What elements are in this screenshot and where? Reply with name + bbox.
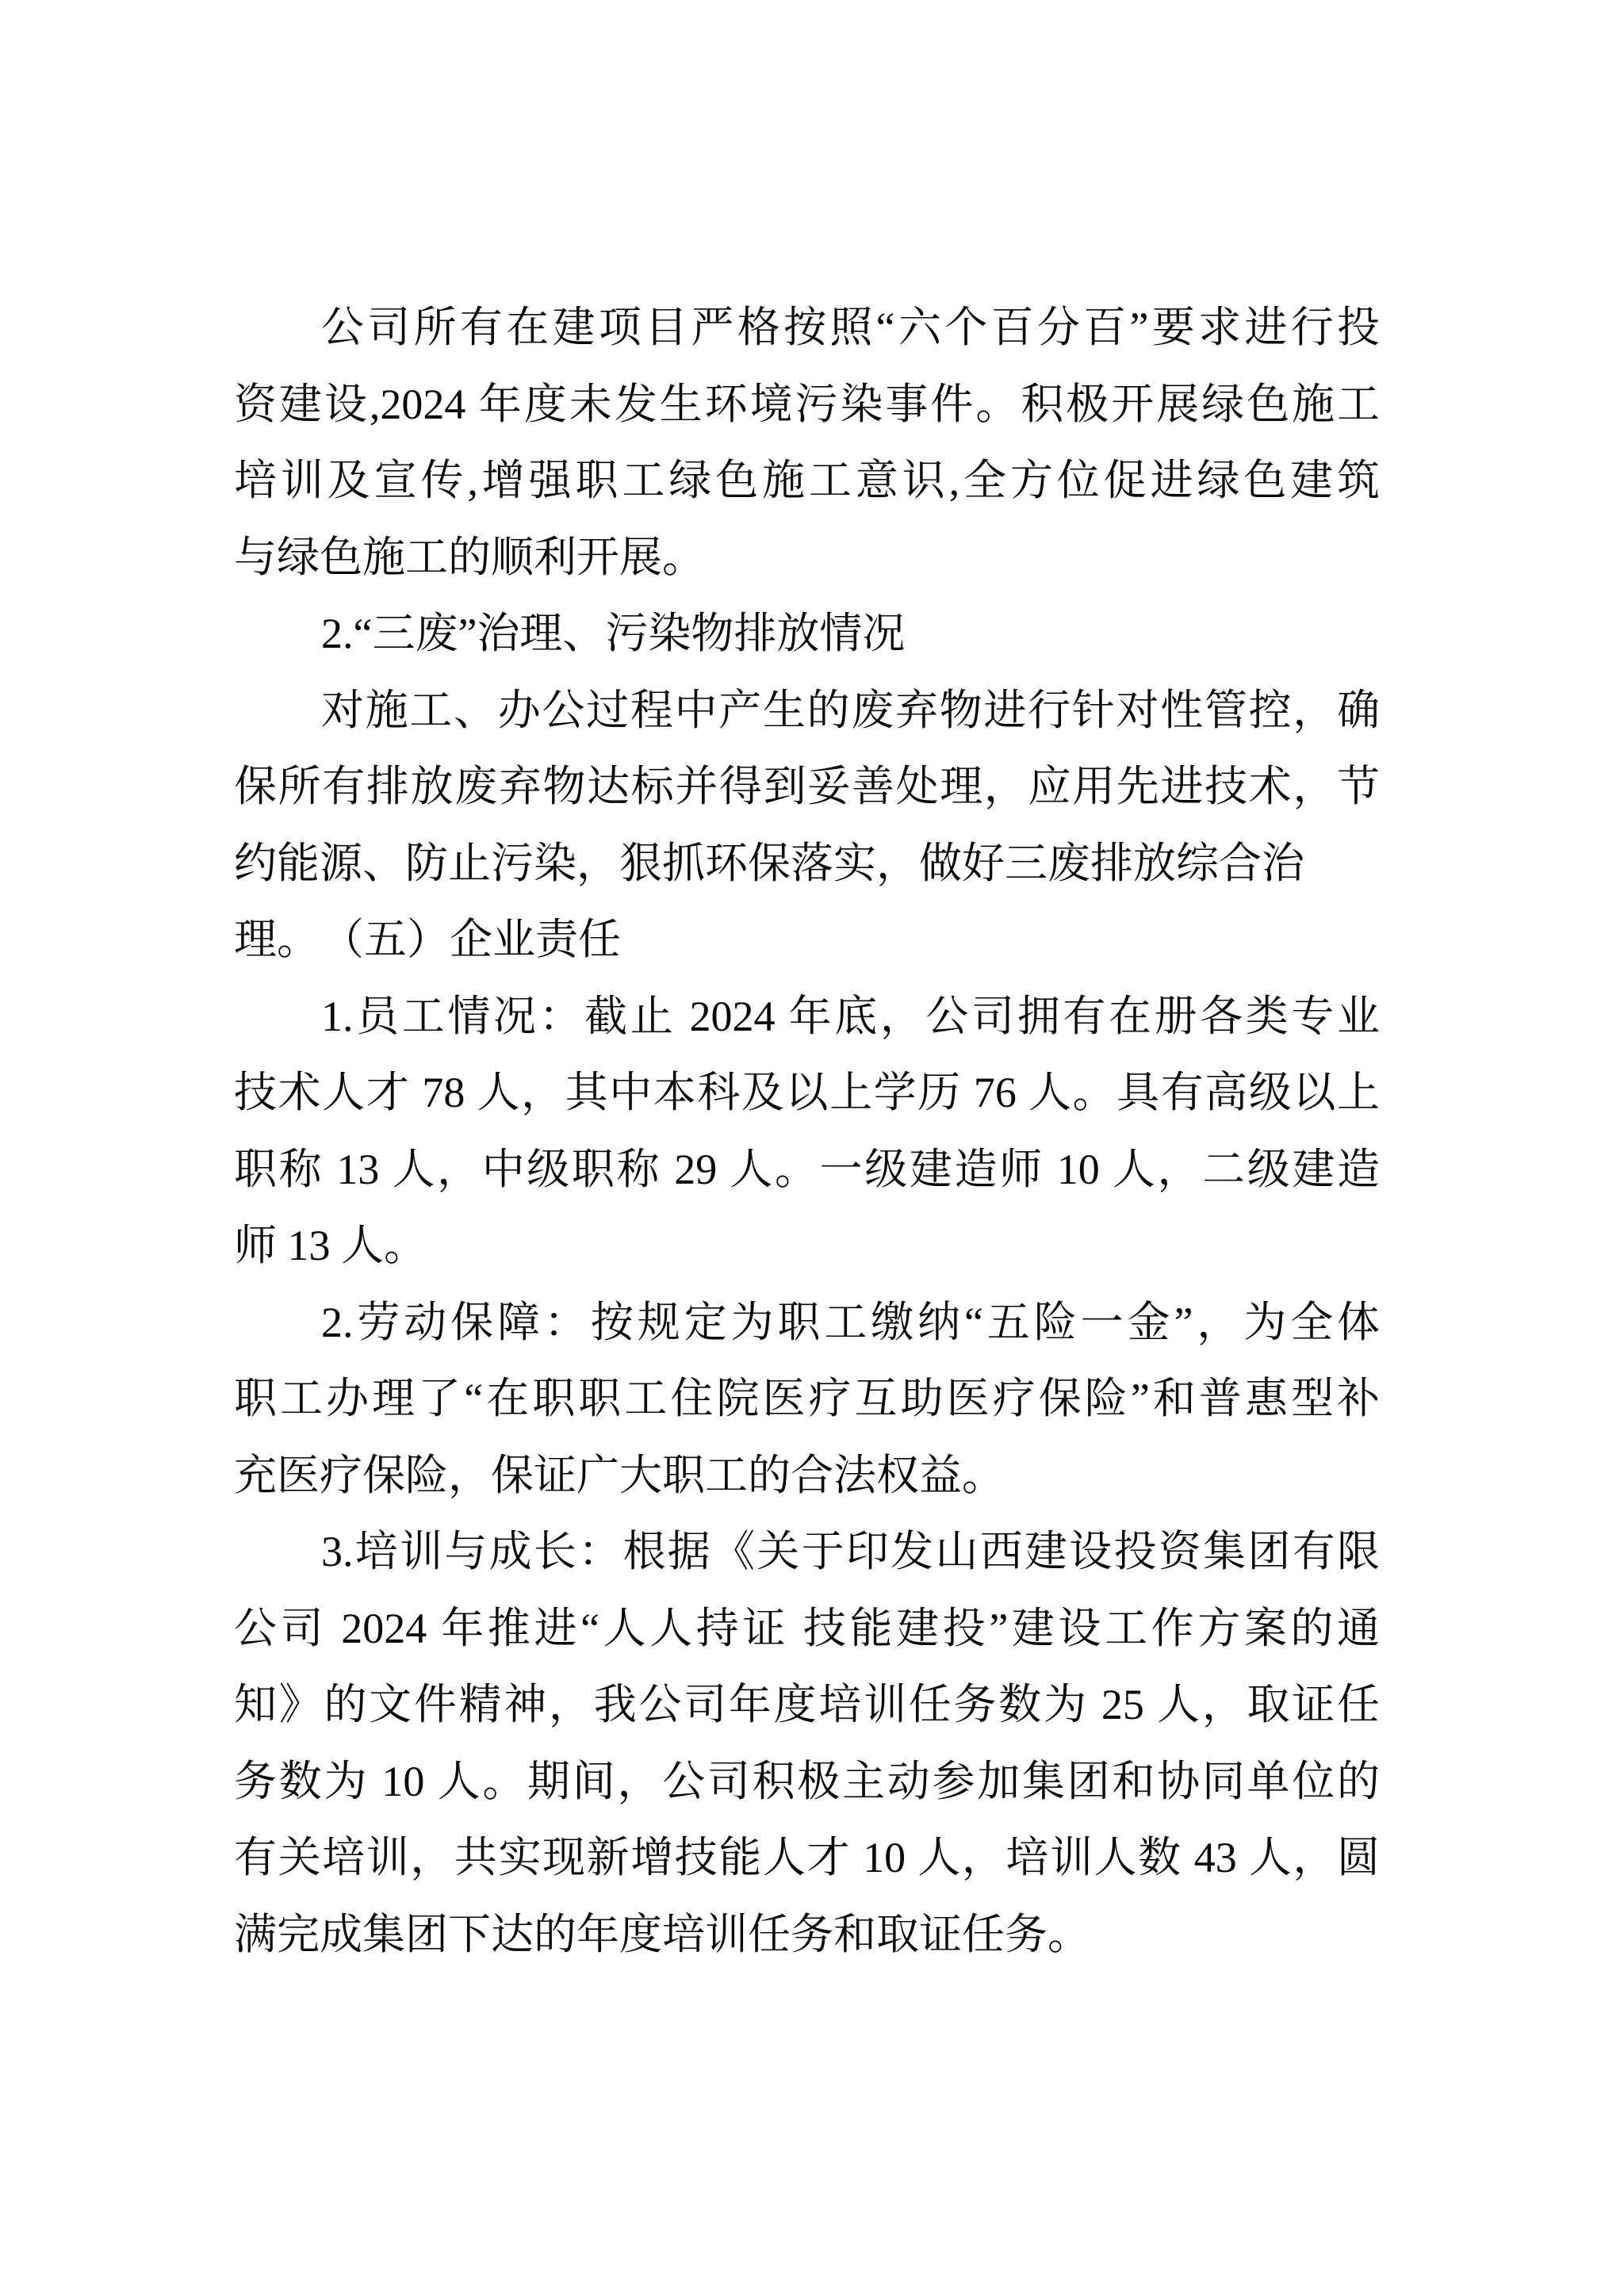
text-line: 务数为 10 人。期间，公司积极主动参加集团和协同单位的 xyxy=(234,1743,1380,1820)
employee-status-paragraph: 1.员工情况：截止 2024 年底，公司拥有在册各类专业技术人才 78 人，其中… xyxy=(234,978,1380,1284)
green-construction-paragraph: 公司所有在建项目严格按照“六个百分百”要求进行投资建设,2024 年度未发生环境… xyxy=(234,289,1380,595)
document-page: 公司所有在建项目严格按照“六个百分百”要求进行投资建设,2024 年度未发生环境… xyxy=(0,0,1624,2296)
text-line: 公司所有在建项目严格按照“六个百分百”要求进行投 xyxy=(234,289,1380,366)
text-line: 满完成集团下达的年度培训任务和取证任务。 xyxy=(234,1896,1380,1973)
text-line: 保所有排放废弃物达标并得到妥善处理，应用先进技术，节 xyxy=(234,748,1380,825)
section-five-heading: （五）企业责任 xyxy=(234,901,1380,978)
training-growth-paragraph: 3.培训与成长：根据《关于印发山西建设投资集团有限公司 2024 年推进“人人持… xyxy=(234,1513,1380,1973)
text-line: 2.劳动保障：按规定为职工缴纳“五险一金”，为全体 xyxy=(234,1284,1380,1361)
text-line: 知》的文件精神，我公司年度培训任务数为 25 人，取证任 xyxy=(234,1667,1380,1743)
text-line: 对施工、办公过程中产生的废弃物进行针对性管控，确 xyxy=(234,672,1380,749)
text-line: 培训及宣传,增强职工绿色施工意识,全方位促进绿色建筑 xyxy=(234,442,1380,519)
text-line: （五）企业责任 xyxy=(234,901,1380,978)
text-line: 职工办理了“在职职工住院医疗互助医疗保险”和普惠型补 xyxy=(234,1360,1380,1437)
three-wastes-paragraph: 对施工、办公过程中产生的废弃物进行针对性管控，确保所有排放废弃物达标并得到妥善处… xyxy=(234,672,1380,902)
text-line: 公司 2024 年推进“人人持证 技能建投”建设工作方案的通 xyxy=(234,1590,1380,1667)
text-line: 技术人才 78 人，其中本科及以上学历 76 人。具有高级以上 xyxy=(234,1054,1380,1131)
text-line: 充医疗保险，保证广大职工的合法权益。 xyxy=(234,1437,1380,1514)
text-line: 约能源、防止污染，狠抓环保落实，做好三废排放综合治理。 xyxy=(234,825,1380,902)
text-line: 1.员工情况：截止 2024 年底，公司拥有在册各类专业 xyxy=(234,978,1380,1055)
text-line: 2.“三废”治理、污染物排放情况 xyxy=(234,595,1380,672)
text-line: 师 13 人。 xyxy=(234,1207,1380,1284)
document-body: 公司所有在建项目严格按照“六个百分百”要求进行投资建设,2024 年度未发生环境… xyxy=(234,289,1380,1973)
text-line: 有关培训，共实现新增技能人才 10 人，培训人数 43 人，圆 xyxy=(234,1820,1380,1896)
labor-security-paragraph: 2.劳动保障：按规定为职工缴纳“五险一金”，为全体职工办理了“在职职工住院医疗互… xyxy=(234,1284,1380,1514)
text-line: 3.培训与成长：根据《关于印发山西建设投资集团有限 xyxy=(234,1513,1380,1590)
text-line: 与绿色施工的顺利开展。 xyxy=(234,519,1380,596)
text-line: 职称 13 人，中级职称 29 人。一级建造师 10 人，二级建造 xyxy=(234,1131,1380,1208)
three-wastes-heading: 2.“三废”治理、污染物排放情况 xyxy=(234,595,1380,672)
text-line: 资建设,2024 年度未发生环境污染事件。积极开展绿色施工 xyxy=(234,366,1380,443)
